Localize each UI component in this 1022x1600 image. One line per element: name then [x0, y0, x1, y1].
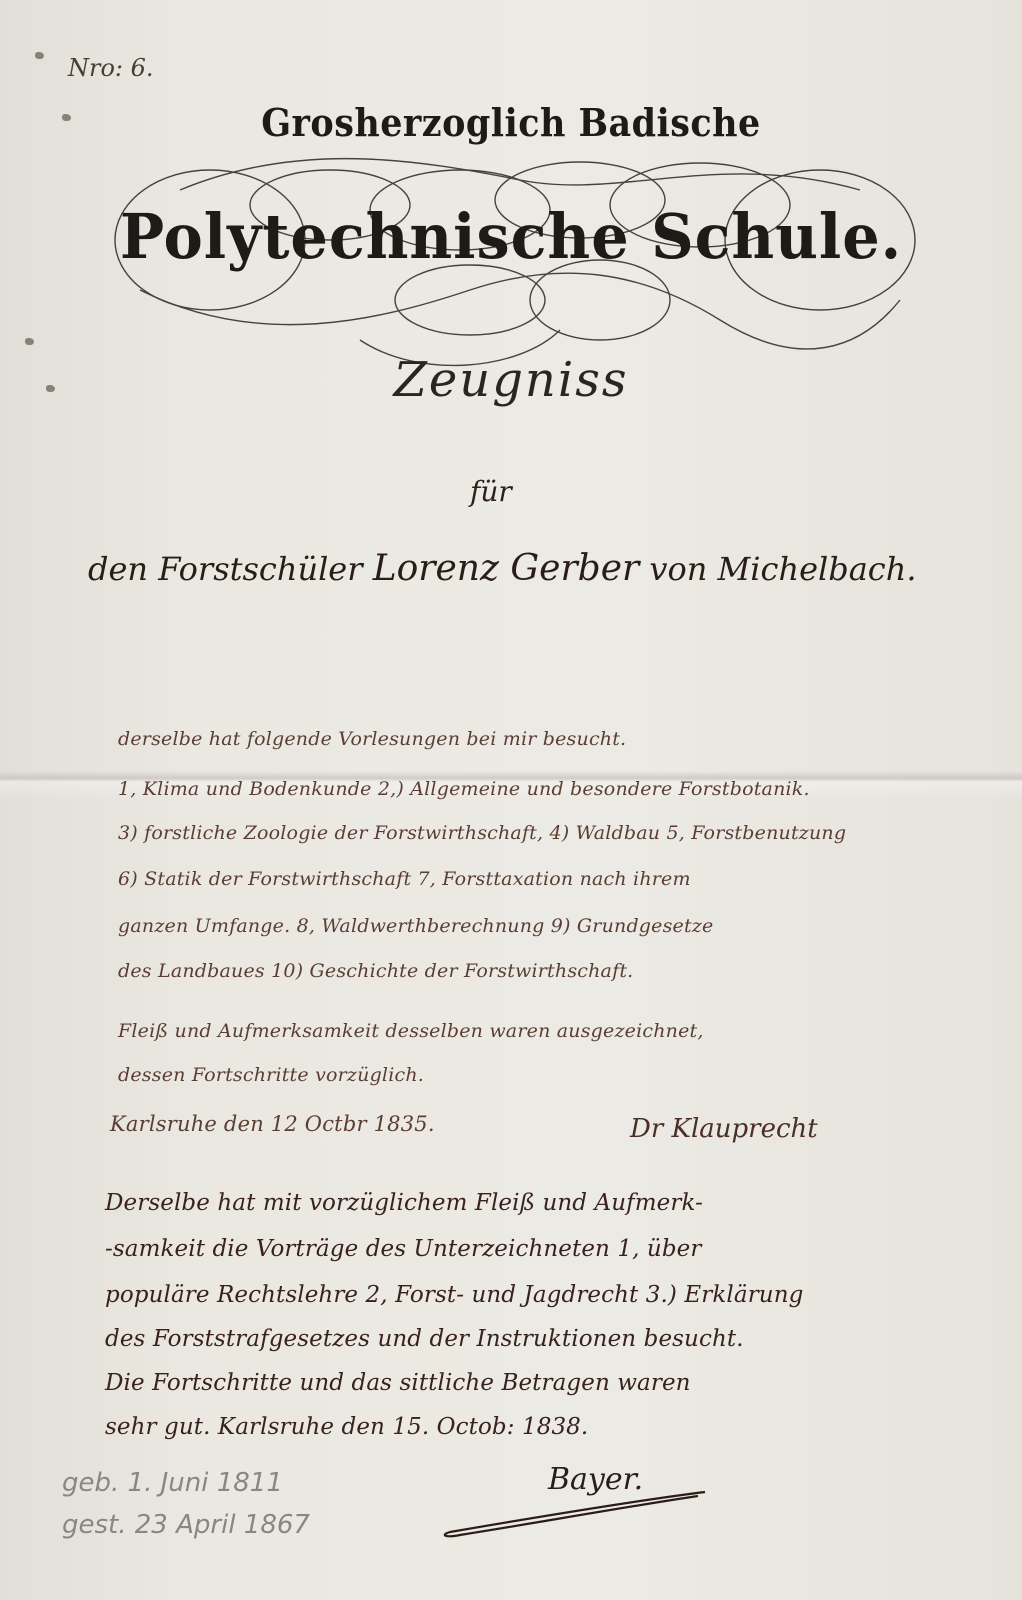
section1-line: Fleiß und Aufmerksamkeit desselben waren…: [118, 1020, 704, 1042]
section2-line: sehr gut. Karlsruhe den 15. Octob: 1838.: [105, 1414, 588, 1440]
recipient-line: den Forstschüler Lorenz Gerber von Miche…: [88, 548, 917, 589]
section1-line: 3) forstliche Zoologie der Forstwirthsch…: [118, 822, 846, 844]
section1-line: 1, Klima und Bodenkunde 2,) Allgemeine u…: [118, 778, 810, 800]
pencil-note-death: gest. 23 April 1867: [62, 1510, 310, 1540]
certificate-title: Zeugniss: [0, 352, 1022, 408]
for-label: für: [470, 475, 512, 508]
recipient-name: Lorenz Gerber: [373, 548, 640, 589]
reference-number: Nro: 6.: [68, 54, 154, 82]
header-line-1: Grosherzoglich Badische: [41, 100, 981, 145]
section1-line: des Landbaues 10) Geschichte der Forstwi…: [118, 960, 633, 982]
section2-line: des Forststrafgesetzes und der Instrukti…: [105, 1326, 744, 1352]
section2-line: populäre Rechtslehre 2, Forst- und Jagdr…: [105, 1282, 803, 1308]
section1-place-date: Karlsruhe den 12 Octbr 1835.: [110, 1112, 435, 1136]
section2-line: Derselbe hat mit vorzüglichem Fleiß und …: [105, 1190, 703, 1216]
section1-line: 6) Statik der Forstwirthschaft 7, Forstt…: [118, 868, 691, 890]
section1-line: dessen Fortschritte vorzüglich.: [118, 1064, 424, 1086]
header-line-2: Polytechnische Schule.: [26, 200, 997, 273]
section2-line: Die Fortschritte und das sittliche Betra…: [105, 1370, 691, 1396]
section2-line: -samkeit die Vorträge des Unterzeichnete…: [105, 1236, 701, 1262]
recipient-prefix: den Forstschüler: [88, 550, 363, 588]
punch-hole-mark: [25, 338, 34, 345]
document-page: Nro: 6. Grosherzoglich Badische Polytech…: [0, 0, 1022, 1600]
pencil-note-birth: geb. 1. Juni 1811: [62, 1468, 283, 1498]
punch-hole-mark: [35, 52, 44, 59]
section1-line: derselbe hat folgende Vorlesungen bei mi…: [118, 728, 626, 750]
section1-line: ganzen Umfange. 8, Waldwerthberechnung 9…: [118, 915, 714, 937]
section1-signature: Dr Klauprecht: [630, 1114, 818, 1144]
recipient-origin: von Michelbach.: [649, 550, 916, 588]
signature-underline-flourish-icon: [440, 1480, 710, 1540]
